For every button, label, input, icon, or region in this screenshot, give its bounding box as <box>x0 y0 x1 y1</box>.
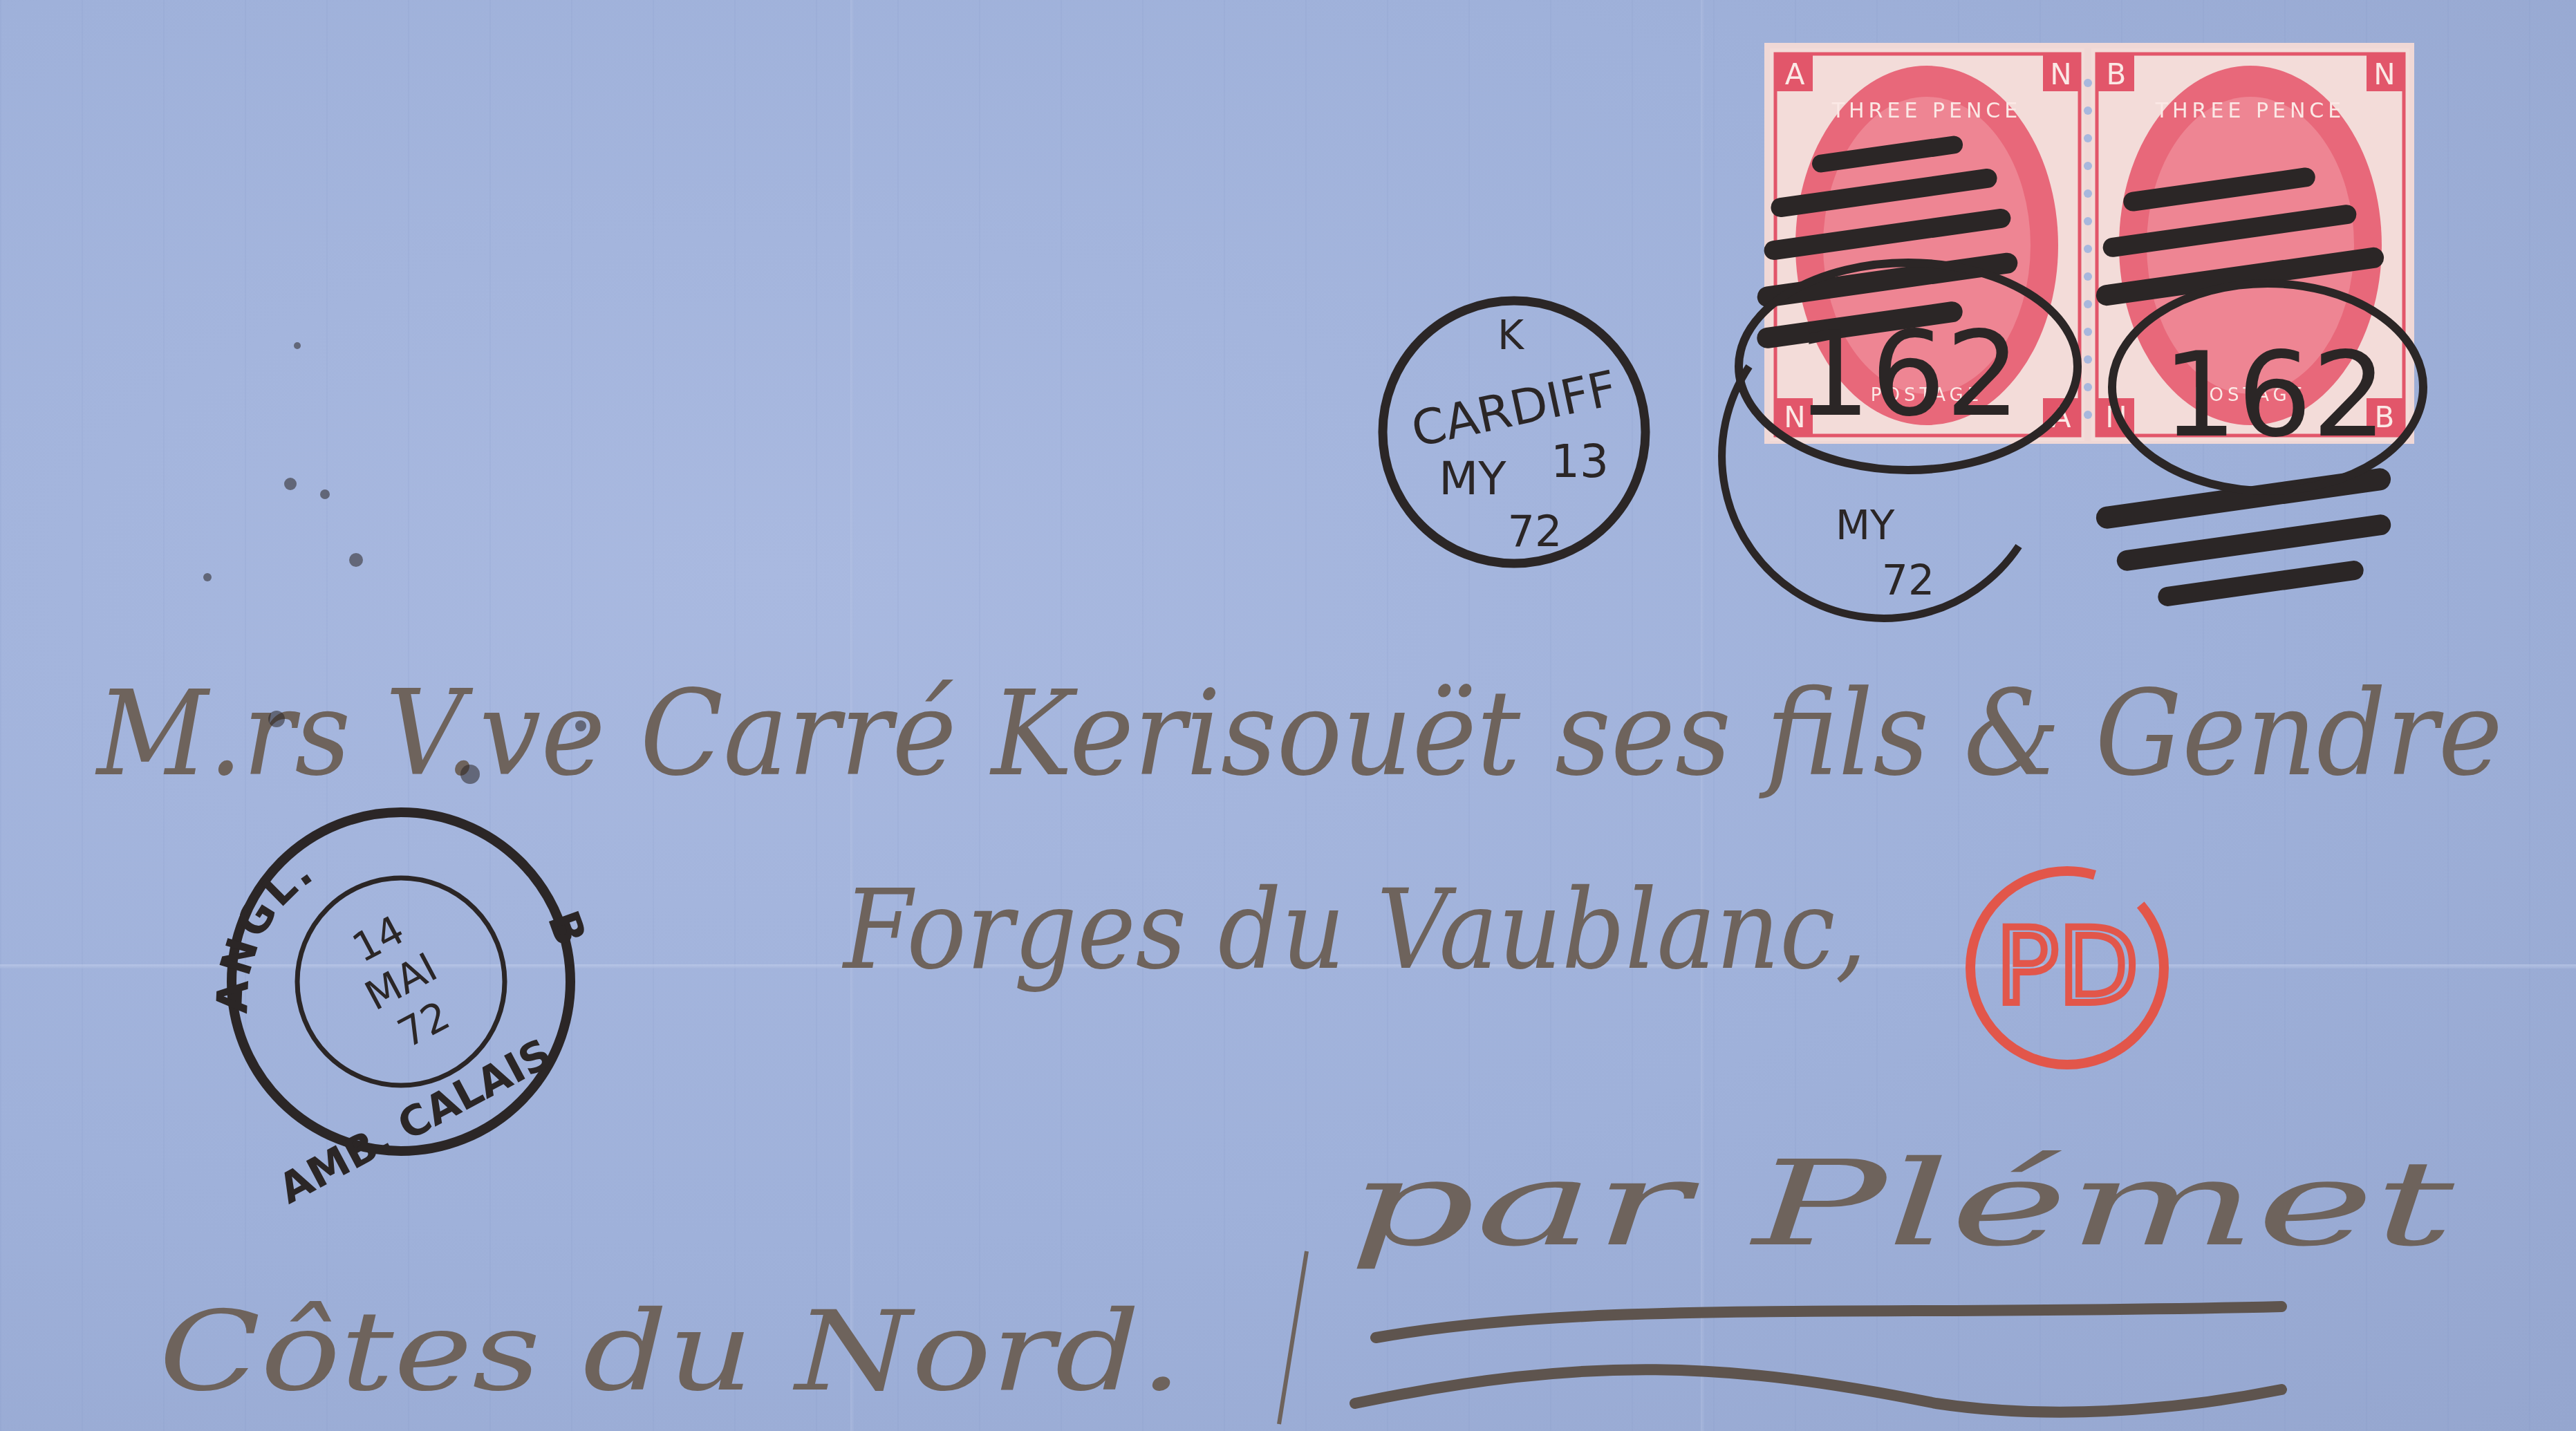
stamp-legend: THREE PENCE <box>1831 99 2022 123</box>
postmark-year: 72 <box>1882 556 1934 605</box>
postmark-route-top: ANGL. <box>207 844 324 1014</box>
postmark-code: K <box>1497 312 1525 359</box>
svg-text:ANGL.: ANGL. <box>207 844 324 1014</box>
flourish-underline <box>1376 1307 2281 1338</box>
stamp-corner-letter: N <box>2050 57 2071 91</box>
stamp-legend: THREE PENCE <box>2155 99 2346 123</box>
bracket-stroke <box>1279 1251 1307 1424</box>
postmark-month: MY <box>1836 502 1895 549</box>
address-line-2: Forges du Vaublanc, <box>841 865 1867 994</box>
address-line-4: Côtes du Nord. <box>159 1287 1182 1416</box>
flourish-underline <box>1355 1369 2281 1412</box>
postmark-day: 13 <box>1551 435 1609 488</box>
cancel-number: 162 <box>2163 327 2387 464</box>
postmark-red-pd: PD <box>1970 871 2164 1065</box>
stamp-corner-letter: B <box>2107 57 2127 91</box>
postmark-month: MY <box>1439 452 1506 505</box>
postmark-cardiff: K CARDIFF MY 13 72 <box>1383 301 1645 563</box>
stamp-corner-letter: A <box>1785 57 1805 91</box>
stamp-corner-letter: N <box>2373 57 2395 91</box>
address-line-3: par Plémet <box>1348 1136 2455 1273</box>
postmark-year: 72 <box>1508 506 1562 556</box>
red-mark-text: PD <box>1996 907 2138 1027</box>
address-line-1: M.rs V.ve Carré Kerisouët ses fils & Gen… <box>95 666 2503 803</box>
address-block: M.rs V.ve Carré Kerisouët ses fils & Gen… <box>95 666 2503 1424</box>
postmark-angl-amb-calais: ANGL. AMB. CALAIS B 14 MAI 72 <box>207 812 597 1214</box>
cancel-number: 162 <box>1796 306 2020 443</box>
postmark-route-letter: B <box>538 904 597 952</box>
